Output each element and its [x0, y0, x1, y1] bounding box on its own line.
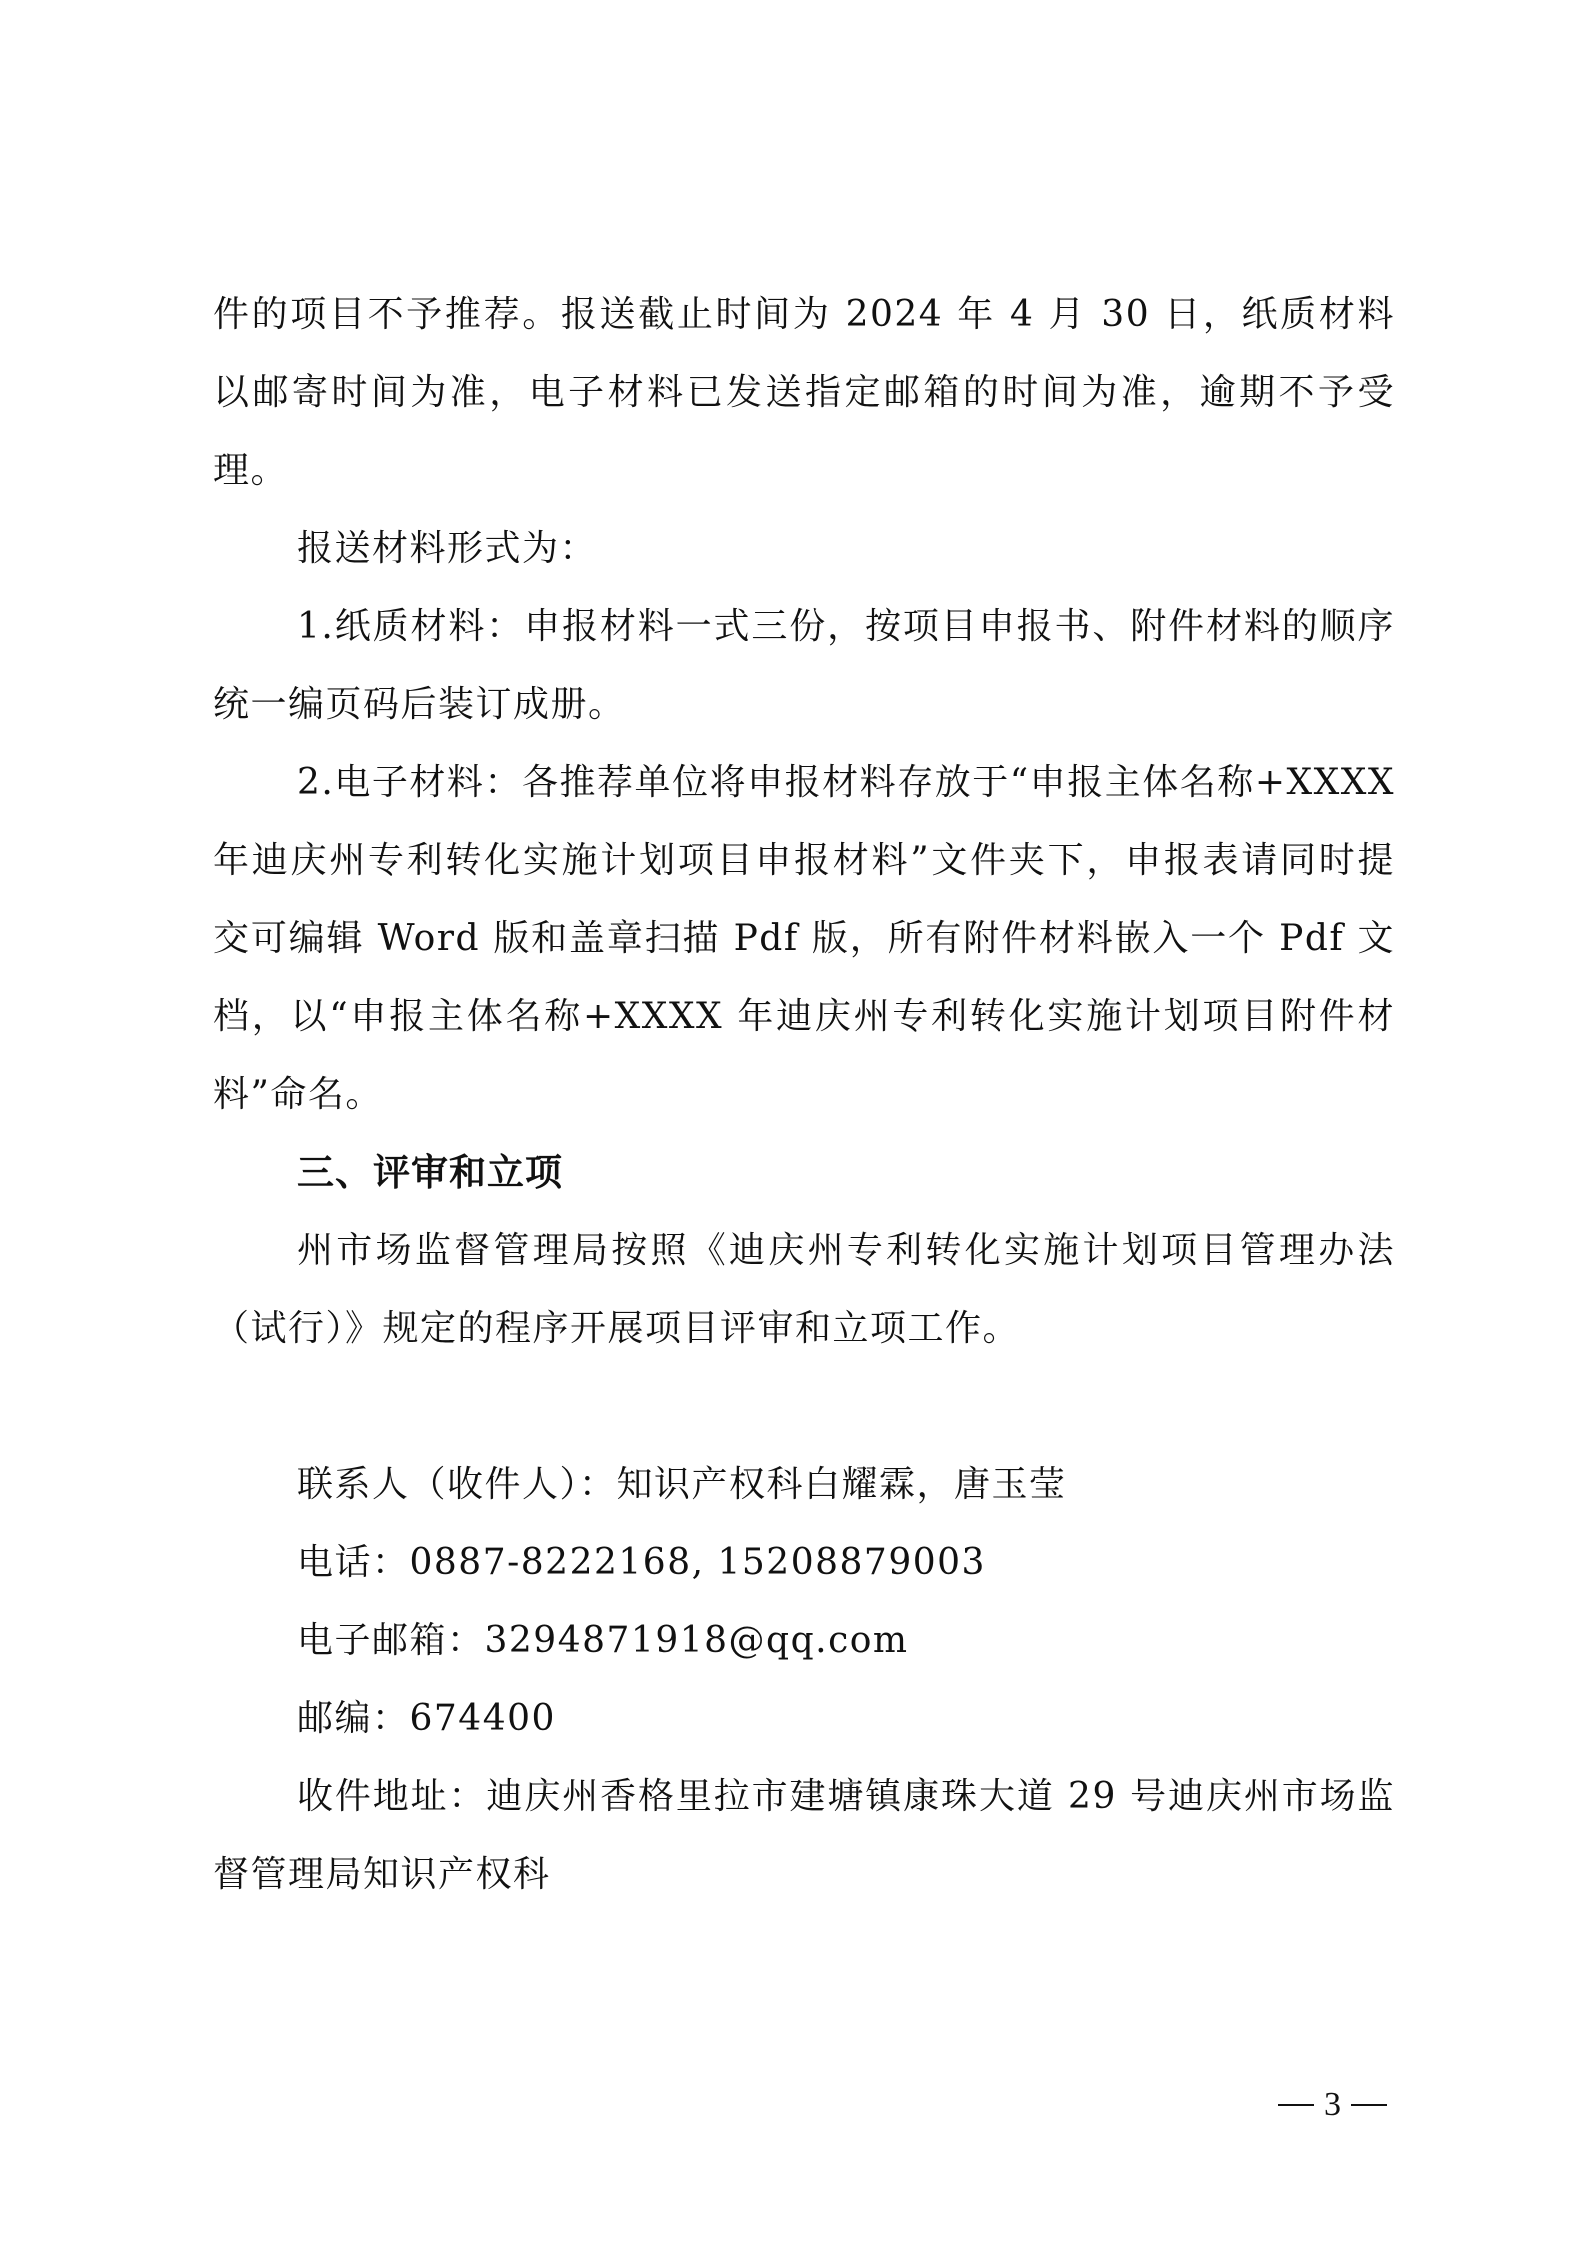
page-number: 3 [1324, 2086, 1341, 2124]
paragraph-deadline: 件的项目不予推荐。报送截止时间为 2024 年 4 月 30 日，纸质材料以邮寄… [213, 276, 1395, 510]
page-number-footer: 3 [1278, 2086, 1387, 2124]
contact-phone: 电话：0887-8222168, 15208879003 [213, 1524, 1395, 1602]
paragraph-review-process: 州市场监督管理局按照《迪庆州专利转化实施计划项目管理办法（试行）》规定的程序开展… [213, 1212, 1395, 1368]
dash-right [1351, 2104, 1387, 2106]
contact-address: 收件地址：迪庆州香格里拉市建塘镇康珠大道 29 号迪庆州市场监督管理局知识产权科 [213, 1758, 1395, 1914]
contact-email: 电子邮箱：3294871918@qq.com [213, 1602, 1395, 1680]
dash-left [1278, 2104, 1314, 2106]
spacer [213, 1368, 1395, 1446]
contact-block: 联系人（收件人）：知识产权科白耀霖，唐玉莹 电话：0887-8222168, 1… [213, 1446, 1395, 1914]
document-body: 件的项目不予推荐。报送截止时间为 2024 年 4 月 30 日，纸质材料以邮寄… [213, 276, 1395, 1914]
section-heading-review: 三、评审和立项 [213, 1134, 1395, 1212]
contact-person: 联系人（收件人）：知识产权科白耀霖，唐玉莹 [213, 1446, 1395, 1524]
contact-postcode: 邮编：674400 [213, 1680, 1395, 1758]
list-item-paper-materials: 1.纸质材料：申报材料一式三份，按项目申报书、附件材料的顺序统一编页码后装订成册… [213, 588, 1395, 744]
list-item-electronic-materials: 2.电子材料：各推荐单位将申报材料存放于“申报主体名称+XXXX 年迪庆州专利转… [213, 744, 1395, 1134]
document-page: 件的项目不予推荐。报送截止时间为 2024 年 4 月 30 日，纸质材料以邮寄… [0, 0, 1587, 2245]
paragraph-submission-intro: 报送材料形式为： [213, 510, 1395, 588]
